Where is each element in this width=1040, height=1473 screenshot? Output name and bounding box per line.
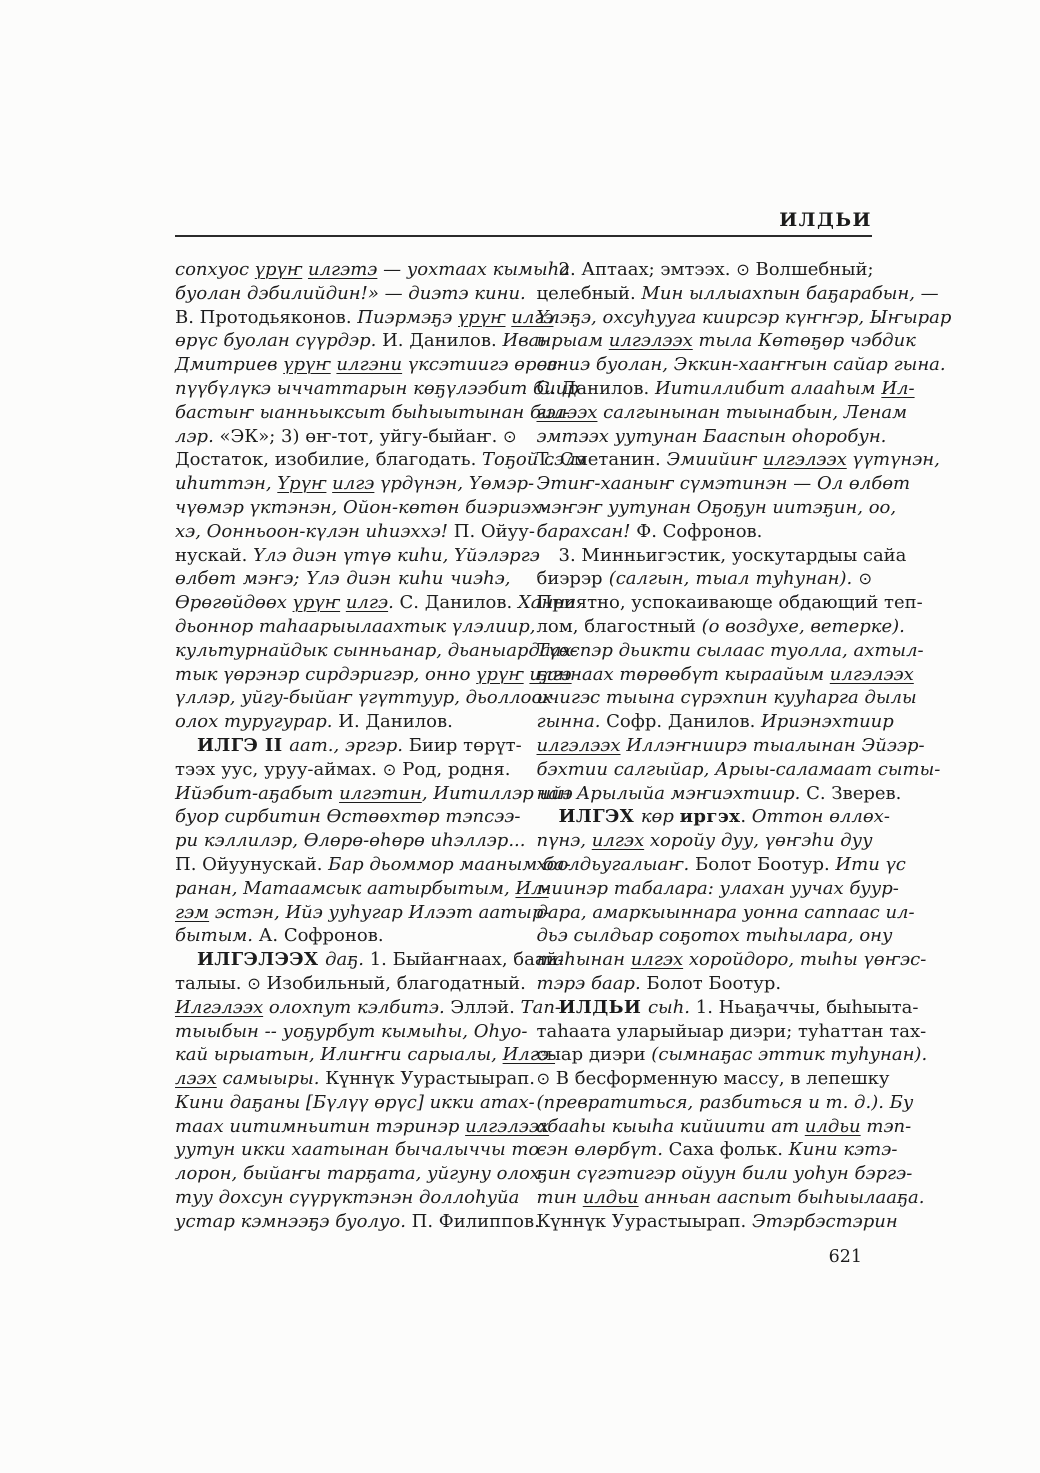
text-line: тин илдьи анньан ааспыт быһыылааҕа. — [537, 1186, 873, 1210]
text-segment: тэп- — [861, 1116, 912, 1137]
text-line: сопхуос үрүҥ илгэтэ — уохтаах кымыһа — [175, 258, 511, 282]
text-segment: бэхтии салгыйар, Арыы-саламаат сыты- — [537, 759, 941, 780]
text-segment: олохпут кэлбитэ. — [263, 997, 450, 1018]
text-line: ҕин сүгэтигэр ойуун били уоһун бэргэ- — [537, 1162, 873, 1186]
text-segment: В. Протодьяконов. — [175, 307, 357, 328]
text-line: кай ырыатын, Илиҥҥи сарыалы, Илгэ- — [175, 1043, 511, 1067]
text-segment: И. Данилов. — [382, 330, 502, 351]
text-line: С. Данилов. Иитиллибит алааһым Ил- — [537, 377, 873, 401]
text-segment: 1. Ньаҕаччы, быһыыта- — [696, 997, 919, 1018]
text-segment: Эмиийиҥ — [667, 449, 763, 470]
lexeme-reference: илдьи — [583, 1187, 639, 1208]
text-segment: сэниэ буолан, Эккин-хааҥҥын сайар гына. — [537, 354, 946, 375]
text-segment: таһынан — [537, 949, 631, 970]
text-line: буор сирбитин Өстөөхтөр тэпсээ- — [175, 805, 511, 829]
text-segment: лэр. — [175, 426, 220, 447]
translation-marker-icon: ⊙ — [858, 569, 872, 588]
lexeme-reference: илгэ — [346, 592, 388, 613]
text-segment: Үлэ диэн үтүө киһи, Үйэлэргэ — [253, 545, 540, 566]
text-line: сэн өлөрбүт. Саха фольк. Кини кэтэ- — [537, 1138, 873, 1162]
text-segment: тээх уус, уруу-аймах. — [175, 759, 383, 780]
running-head: ИЛДЬИ — [779, 209, 872, 231]
text-segment: сопхуос — [175, 259, 255, 280]
text-line: миинэр табалара: улахан уучах буур- — [537, 877, 873, 901]
text-segment: миинэр табалара: улахан уучах буур- — [537, 878, 899, 899]
text-segment: Изобильный, благодатный. — [261, 973, 526, 994]
text-line: талыы. ⊙ Изобильный, благодатный. — [175, 972, 511, 996]
text-segment: иһиттэн, — [175, 473, 277, 494]
text-line: 3. Минньигэстик, уоскутардыы сайа — [537, 544, 873, 568]
text-segment: хоройу дуу, үөҥэһи дуу — [644, 830, 872, 851]
text-segment: уутун икки хаатынан бычалыччы то- — [175, 1139, 545, 1160]
text-segment: аат., эргэр. — [289, 735, 408, 756]
lexeme-reference: лээх — [175, 1068, 217, 1089]
text-line: биэрэр (салгын, тыал туһунан). ⊙ — [537, 567, 873, 591]
text-segment: 2. Аптаах; эмтээх. — [559, 259, 737, 280]
text-segment: Иитиллибит алааһым — [655, 378, 881, 399]
text-segment: өрүс буолан сүүрдэр. — [175, 330, 382, 351]
text-segment: анньан ааспыт быһыылааҕа. — [639, 1187, 925, 1208]
column-right: 2. Аптаах; эмтээх. ⊙ Волшебный;целебный.… — [537, 258, 873, 1234]
text-line: В. Протодьяконов. Пиэрмэҕэ үрүҥ илгэ — [175, 306, 511, 330]
text-line: эмтээх уутунан Бааспын оһоробун. — [537, 425, 873, 449]
text-segment: Пиэрмэҕэ — [357, 307, 458, 328]
text-line: тээх уус, уруу-аймах. ⊙ Род, родня. — [175, 758, 511, 782]
text-segment: П. Филиппов. — [412, 1211, 540, 1232]
text-segment: Мин ыллыахпын баҕарабын, — — [641, 283, 938, 304]
text-line: абааһы кыыһа кийиити ат илдьи тэп- — [537, 1115, 873, 1139]
text-line: бэхтии салгыйар, Арыы-саламаат сыты- — [537, 758, 873, 782]
text-line: пүнэ, илгэх хоройу дуу, үөҥэһи дуу — [537, 829, 873, 853]
text-segment: пүүбүлүкэ ыччаттарын көҕүлээбит биир — [175, 378, 579, 399]
text-segment: нускай. — [175, 545, 253, 566]
text-segment: абааһы кыыһа кийиити ат — [537, 1116, 805, 1137]
text-segment: гынна. — [537, 711, 607, 732]
text-segment: . — [740, 806, 751, 827]
text-line: (превратиться, разбиться и т. д.). Бу — [537, 1091, 873, 1115]
text-line: таһынан илгэх хоройдоро, тыһы үөҥэс- — [537, 948, 873, 972]
text-segment: Саха фольк. — [669, 1139, 789, 1160]
text-segment: целебный. — [537, 283, 642, 304]
text-segment: эстэн, Ийэ ууһугар Илээт аатыр- — [209, 902, 549, 923]
text-segment: Бар дьоммор мааным ба- — [328, 854, 571, 875]
text-line: Түөспэр дьикти сылаас туолла, ахтыл- — [537, 639, 873, 663]
header-rule — [175, 235, 872, 237]
text-segment: Софр. Данилов. — [606, 711, 761, 732]
text-segment: П. Ойуунускай. — [175, 854, 328, 875]
text-line: бастыҥ ыанньыксыт быһыытынан бил- — [175, 401, 511, 425]
page-number: 621 — [829, 1247, 862, 1267]
lexeme-reference: илгэтин — [339, 783, 422, 804]
text-line: буолан дэбилийдин!» — диэтэ кини. — [175, 282, 511, 306]
text-segment: тыла Көтөҕөр чэбдик — [693, 330, 916, 351]
text-segment: тык үөрэнэр сирдэригэр, онно — [175, 664, 476, 685]
text-line: Дмитриев үрүҥ илгэни үксэтиигэ өрөс- — [175, 353, 511, 377]
text-segment: бастыҥ ыанньыксыт быһыытынан бил- — [175, 402, 570, 423]
lexeme-reference: гэм — [175, 902, 209, 923]
text-segment: Болот Боотур. — [695, 854, 835, 875]
text-segment: Волшебный; — [750, 259, 874, 280]
column-left: сопхуос үрүҥ илгэтэ — уохтаах кымыһабуол… — [175, 258, 511, 1234]
lexeme-reference: илгэлээх — [763, 449, 847, 470]
text-segment: сэн өлөрбүт. — [537, 1139, 669, 1160]
text-segment: кай ырыатын, Илиҥҥи сарыалы, — [175, 1044, 503, 1065]
text-segment: нан Арылыйа мэҥиэхтиир. — [537, 783, 807, 804]
translation-marker-icon: ⊙ — [247, 974, 261, 993]
text-segment: В бесформенную массу, в лепешку — [550, 1068, 889, 1089]
text-segment: Этиҥ-хааныҥ сүмэтинэн — Ол өлбөт — [537, 473, 911, 494]
lexeme-reference: илгэлээх — [609, 330, 693, 351]
text-segment: 3. Минньигэстик, уоскутардыы сайа — [559, 545, 907, 566]
lexeme-reference: үрүҥ — [293, 592, 341, 613]
translation-marker-icon: ⊙ — [503, 427, 517, 446]
text-segment: «ЭК»; 3) өҥ-тот, уйгу-быйаҥ. — [220, 426, 504, 447]
text-line: өлбөт мэҥэ; Үлэ диэн киһи чиэһэ, — [175, 567, 511, 591]
text-segment: С. Данилов. — [537, 378, 655, 399]
headword: ИЛГЭХ — [559, 806, 641, 827]
text-line: иһиттэн, Үрүҥ илгэ үрдүнэн, Үөмэр- — [175, 472, 511, 496]
text-segment: даҕ. — [325, 949, 370, 970]
text-segment: Приятно, успокаивающе обдающий теп- — [537, 592, 923, 613]
text-line: целебный. Мин ыллыахпын баҕарабын, — — [537, 282, 873, 306]
headword: ИЛДЬИ — [559, 997, 648, 1018]
text-line: пүүбүлүкэ ыччаттарын көҕүлээбит биир — [175, 377, 511, 401]
text-segment: тэрэ баар. — [537, 973, 647, 994]
text-segment: таах иитимньитин тэринэр — [175, 1116, 465, 1137]
text-segment: устар кэмнээҕэ буолуо. — [175, 1211, 412, 1232]
text-line: ИЛДЬИ сыһ. 1. Ньаҕаччы, быһыыта- — [537, 996, 873, 1020]
text-line: хэ, Оонньоон-күлэн иһиэххэ! П. Ойуу- — [175, 520, 511, 544]
text-line: тыыбын -- уоҕурбут кымыһы, Оһуо- — [175, 1020, 511, 1044]
lexeme-reference: илгэ — [332, 473, 374, 494]
text-segment: И. Данилов. — [338, 711, 453, 732]
text-segment: хоолдьугалыаҥ. — [537, 854, 695, 875]
text-line: мэҥэҥ уутунан Оҕоҕун иитэҕин, оо, — [537, 496, 873, 520]
text-segment: ри кэллилэр, Өлөрө-өһөрө иһэллэр... — [175, 830, 526, 851]
lexeme-reference: Ил- — [881, 378, 914, 399]
text-segment: үллэр, уйгу-быйаҥ үгүттуур, дьоллоох — [175, 687, 552, 708]
lexeme-reference: үрүҥ — [476, 664, 524, 685]
lexeme-reference: илгэлээх — [537, 735, 621, 756]
translation-marker-icon: ⊙ — [736, 260, 750, 279]
text-block: сопхуос үрүҥ илгэтэ — уохтаах кымыһабуол… — [175, 258, 872, 1234]
text-segment: Түөспэр дьикти сылаас туолла, ахтыл- — [537, 640, 924, 661]
lexeme-reference: илгэни — [336, 354, 402, 375]
text-segment: Күннүк Уурастыырап. — [537, 1211, 752, 1232]
text-segment: үрдүнэн, Үөмэр- — [374, 473, 534, 494]
text-segment: С. Зверев. — [806, 783, 901, 804]
text-line: дьоннор таһаарыылаахтык үлэлиир, — [175, 615, 511, 639]
text-line: ИЛГЭЛЭЭХ даҕ. 1. Быйаҥнаах, баай- — [175, 948, 511, 972]
text-segment: Ити үс — [835, 854, 905, 875]
text-line: ИЛГЭХ көр иргэх. Оттон өллөх- — [537, 805, 873, 829]
text-segment: Дмитриев — [175, 354, 283, 375]
text-line: устар кэмнээҕэ буолуо. П. Филиппов. — [175, 1210, 511, 1234]
text-segment: Үлэҕэ, охсуһууга киирсэр күҥҥэр, Ыҥырар — [537, 307, 952, 328]
text-segment: лорон, быйаҥы тарҕата, уйгуну олох- — [175, 1163, 546, 1184]
text-line: Кини даҕаны [Бүлүү өрүс] икки атах- — [175, 1091, 511, 1115]
text-line: ҕаннаах төрөөбүт кыраайым илгэлээх — [537, 663, 873, 687]
text-segment: мэҥэҥ уутунан Оҕоҕун иитэҕин, оо, — [537, 497, 897, 518]
text-segment: хоройдоро, тыһы үөҥэс- — [683, 949, 926, 970]
text-segment: Род, родня. — [396, 759, 510, 780]
text-line: таах иитимньитин тэринэр илгэлээх — [175, 1115, 511, 1139]
text-segment: Ф. Софронов. — [636, 521, 762, 542]
text-segment: А. Софронов. — [259, 925, 384, 946]
text-segment: ҕаннаах төрөөбүт кыраайым — [537, 664, 830, 685]
lexeme-reference: илгэтэ — [308, 259, 377, 280]
text-line: дьэ сылдьар соҕотох тыһылара, ону — [537, 924, 873, 948]
text-line: гынна. Софр. Данилов. Ириэнэхтиир — [537, 710, 873, 734]
text-segment: Биир төрүт- — [409, 735, 522, 756]
text-segment: дьоннор таһаарыылаахтык үлэлиир, — [175, 616, 536, 637]
text-segment: (салгын, тыал туһунан). — [609, 568, 859, 589]
text-line: бытым. А. Софронов. — [175, 924, 511, 948]
text-segment: (о воздухе, ветерке). — [702, 616, 905, 637]
lexeme-reference: үрүҥ — [458, 307, 506, 328]
text-segment: Ийэбит-аҕабыт — [175, 783, 339, 804]
text-line: культурнайдык сынньанар, дьаныардаах- — [175, 639, 511, 663]
text-line: гэлээх салгынынан тыынабын, Ленам — [537, 401, 873, 425]
text-segment: буор сирбитин Өстөөхтөр тэпсээ- — [175, 806, 520, 827]
text-line: чүөмэр үктэнэн, Ойон-көтөн биэриэх- — [175, 496, 511, 520]
text-line: таһаата уларыйыар диэри; туһаттан тах- — [537, 1020, 873, 1044]
lexeme-reference: Илгэлээх — [175, 997, 263, 1018]
text-line: Этиҥ-хааныҥ сүмэтинэн — Ол өлбөт — [537, 472, 873, 496]
text-segment: тыыбын -- уоҕурбут кымыһы, Оһуо- — [175, 1021, 527, 1042]
text-line: үллэр, уйгу-быйаҥ үгүттуур, дьоллоох — [175, 686, 511, 710]
lexeme-reference: илгэх — [592, 830, 644, 851]
text-segment: сыар диэри — [537, 1044, 652, 1065]
text-line: Илгэлээх олохпут кэлбитэ. Эллэй. Тап- — [175, 996, 511, 1020]
translation-marker-icon: ⊙ — [383, 760, 397, 779]
text-line: лорон, быйаҥы тарҕата, уйгуну олох- — [175, 1162, 511, 1186]
text-segment: дара, амаркыыннара уонна саппаас ил- — [537, 902, 915, 923]
text-line: Приятно, успокаивающе обдающий теп- — [537, 591, 873, 615]
text-line: Күннүк Уурастыырап. Этэрбэстэрин — [537, 1210, 873, 1234]
text-segment: самыыры. — [217, 1068, 325, 1089]
text-segment: олох туругурар. — [175, 711, 338, 732]
text-line: уутун икки хаатынан бычалыччы то- — [175, 1138, 511, 1162]
text-line: нускай. Үлэ диэн үтүө киһи, Үйэлэргэ — [175, 544, 511, 568]
text-segment: П. Ойуу- — [454, 521, 535, 542]
text-segment: ранан, Матаамсык аатырбытым, — [175, 878, 515, 899]
text-line: илгэлээх Иллэҥниирэ тыалынан Эйээр- — [537, 734, 873, 758]
text-segment: таһаата уларыйыар диэри; туһаттан тах- — [537, 1021, 927, 1042]
text-segment: чүөмэр үктэнэн, Ойон-көтөн биэриэх- — [175, 497, 547, 518]
headword: ИЛГЭ II — [197, 735, 289, 756]
text-line: нан Арылыйа мэҥиэхтиир. С. Зверев. — [537, 782, 873, 806]
headword: иргэх — [680, 806, 741, 827]
lexeme-reference: үрүҥ — [255, 259, 303, 280]
text-segment: Өрөгөйдөөх — [175, 592, 293, 613]
text-segment: Кини даҕаны [Бүлүү өрүс] икки атах- — [175, 1092, 535, 1113]
text-segment: үүтүнэн, — [847, 449, 940, 470]
text-line: ри кэллилэр, Өлөрө-өһөрө иһэллэр... — [175, 829, 511, 853]
dictionary-page: ИЛДЬИ сопхуос үрүҥ илгэтэ — уохтаах кымы… — [0, 0, 1040, 1473]
text-line: ранан, Матаамсык аатырбытым, Ил- — [175, 877, 511, 901]
text-line: барахсан! Ф. Софронов. — [537, 520, 873, 544]
text-segment: лом, благостный — [537, 616, 702, 637]
text-segment: ичигэс тыына сүрэхпин кууһарга дылы — [537, 687, 917, 708]
text-line: П. Ойуунускай. Бар дьоммор мааным ба- — [175, 853, 511, 877]
text-segment: Күннүк Уурастыырап. — [325, 1068, 535, 1089]
text-line: Т. Сметанин. Эмиийиҥ илгэлээх үүтүнэн, — [537, 448, 873, 472]
text-line: ырыам илгэлээх тыла Көтөҕөр чэбдик — [537, 329, 873, 353]
lexeme-reference: илгэх — [631, 949, 683, 970]
lexeme-reference: гэлээх — [537, 402, 598, 423]
text-segment: . — [388, 592, 399, 613]
text-line: туу дохсун сүүрүктэнэн доллоһуйа — [175, 1186, 511, 1210]
text-segment: ырыам — [537, 330, 609, 351]
text-segment: өлбөт мэҥэ; Үлэ диэн киһи чиэһэ, — [175, 568, 511, 589]
text-line: дара, амаркыыннара уонна саппаас ил- — [537, 901, 873, 925]
text-segment: Иллэҥниирэ тыалынан Эйээр- — [621, 735, 925, 756]
text-segment: хэ, Оонньоон-күлэн иһиэххэ! — [175, 521, 454, 542]
text-segment: Этэрбэстэрин — [752, 1211, 898, 1232]
text-segment: С. Данилов. — [400, 592, 518, 613]
text-segment: Ириэнэхтиир — [761, 711, 894, 732]
text-segment: дьэ сылдьар соҕотох тыһылара, ону — [537, 925, 893, 946]
text-segment: салгынынан тыынабын, Ленам — [597, 402, 907, 423]
text-segment: (сымнаҕас эттик туһунан). — [651, 1044, 927, 1065]
translation-marker-icon: ⊙ — [537, 1069, 551, 1088]
text-segment: Достаток, изобилие, благодать. — [175, 449, 482, 470]
text-line: хоолдьугалыаҥ. Болот Боотур. Ити үс — [537, 853, 873, 877]
text-segment: пүнэ, — [537, 830, 592, 851]
text-line: сэниэ буолан, Эккин-хааҥҥын сайар гына. — [537, 353, 873, 377]
text-segment: тин — [537, 1187, 583, 1208]
text-line: Өрөгөйдөөх үрүҥ илгэ. С. Данилов. Ханна — [175, 591, 511, 615]
text-segment: сыһ. — [648, 997, 696, 1018]
text-line: тэрэ баар. Болот Боотур. — [537, 972, 873, 996]
text-segment: Кини кэтэ- — [789, 1139, 898, 1160]
text-segment: (превратиться, разбиться и т. д.). Бу — [537, 1092, 914, 1113]
text-line: гэм эстэн, Ийэ ууһугар Илээт аатыр- — [175, 901, 511, 925]
text-line: Ийэбит-аҕабыт илгэтин, Иитиллэр ийэ — [175, 782, 511, 806]
text-line: сыар диэри (сымнаҕас эттик туһунан). — [537, 1043, 873, 1067]
text-line: ИЛГЭ II аат., эргэр. Биир төрүт- — [175, 734, 511, 758]
text-line: Үлэҕэ, охсуһууга киирсэр күҥҥэр, Ыҥырар — [537, 306, 873, 330]
lexeme-reference: үрүҥ — [283, 354, 331, 375]
text-line: ичигэс тыына сүрэхпин кууһарга дылы — [537, 686, 873, 710]
text-segment: бытым. — [175, 925, 259, 946]
text-line: өрүс буолан сүүрдэр. И. Данилов. Иван — [175, 329, 511, 353]
text-segment: ҕин сүгэтигэр ойуун били уоһун бэргэ- — [537, 1163, 913, 1184]
text-segment: Т. Сметанин. — [537, 449, 667, 470]
text-line: тык үөрэнэр сирдэригэр, онно үрүҥ илгэ — [175, 663, 511, 687]
text-segment: биэрэр — [537, 568, 609, 589]
text-segment: талыы. — [175, 973, 247, 994]
text-segment: Оттон өллөх- — [752, 806, 890, 827]
text-line: ⊙ В бесформенную массу, в лепешку — [537, 1067, 873, 1091]
text-segment: буолан дэбилийдин!» — диэтэ кини. — [175, 283, 526, 304]
text-segment: 1. Быйаҥнаах, баай- — [370, 949, 564, 970]
text-segment: Болот Боотур. — [646, 973, 781, 994]
lexeme-reference: Үрүҥ — [277, 473, 326, 494]
lexeme-reference: илдьи — [805, 1116, 861, 1137]
lexeme-reference: илгэлээх — [830, 664, 914, 685]
text-segment: барахсан! — [537, 521, 637, 542]
text-line: Достаток, изобилие, благодать. Тоҕой сэл… — [175, 448, 511, 472]
text-line: лом, благостный (о воздухе, ветерке). — [537, 615, 873, 639]
headword: ИЛГЭЛЭЭХ — [197, 949, 325, 970]
text-segment: Эллэй. — [450, 997, 520, 1018]
text-segment: көр — [641, 806, 680, 827]
text-line: 2. Аптаах; эмтээх. ⊙ Волшебный; — [537, 258, 873, 282]
text-segment: эмтээх уутунан Бааспын оһоробун. — [537, 426, 887, 447]
text-segment: культурнайдык сынньанар, дьаныардаах- — [175, 640, 578, 661]
text-line: лэр. «ЭК»; 3) өҥ-тот, уйгу-быйаҥ. ⊙ — [175, 425, 511, 449]
text-line: олох туругурар. И. Данилов. — [175, 710, 511, 734]
text-segment: туу дохсун сүүрүктэнэн доллоһуйа — [175, 1187, 519, 1208]
text-line: лээх самыыры. Күннүк Уурастыырап. — [175, 1067, 511, 1091]
